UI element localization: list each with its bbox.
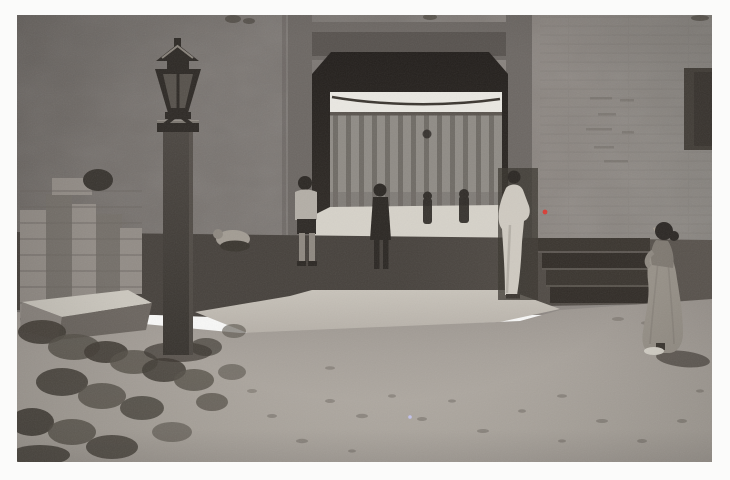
- photo-content: [10, 14, 712, 465]
- film-grain: [17, 15, 712, 462]
- photo-scene: [0, 0, 730, 480]
- photograph: [0, 0, 730, 480]
